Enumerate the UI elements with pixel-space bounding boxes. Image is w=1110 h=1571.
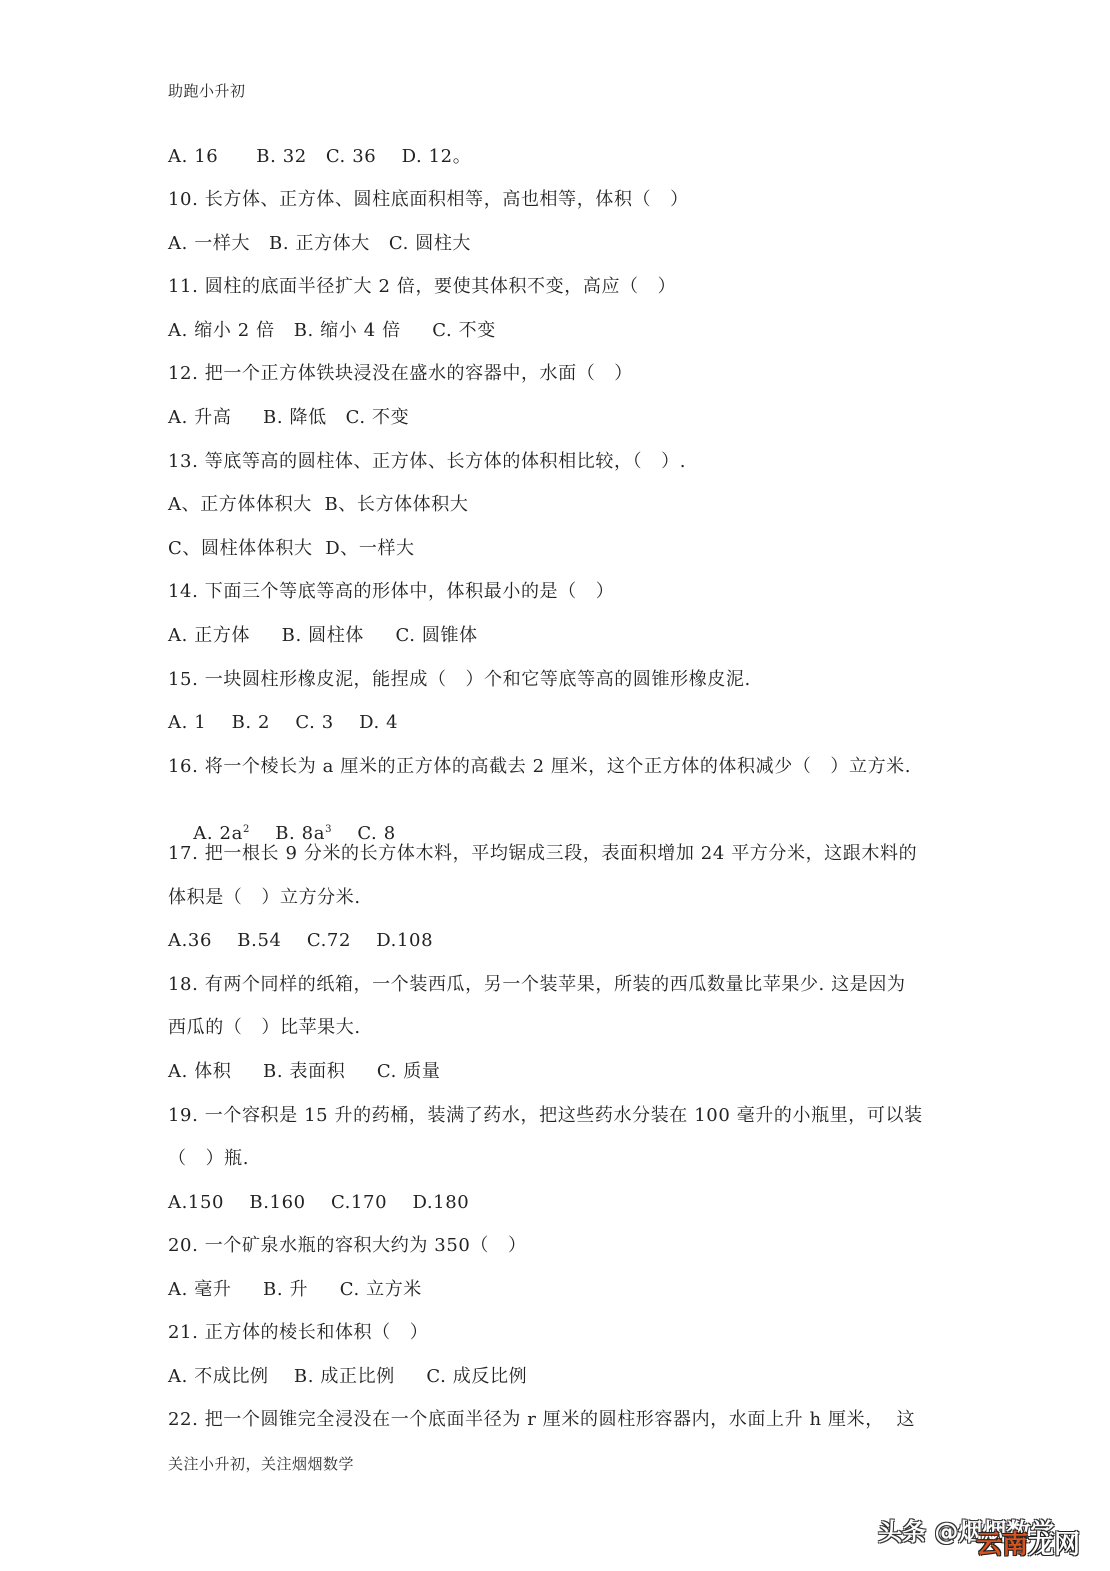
document-line: 20. 一个矿泉水瓶的容积大约为 350（ ） xyxy=(168,1234,527,1258)
document-page: 助跑小升初 A. 16 B. 32 C. 36 D. 12。10. 长方体、正方… xyxy=(0,0,1110,1571)
document-line: 体积是（ ）立方分米. xyxy=(168,886,361,910)
document-line: A. 体积 B. 表面积 C. 质量 xyxy=(168,1060,441,1084)
document-line: 12. 把一个正方体铁块浸没在盛水的容器中，水面（ ） xyxy=(168,362,633,386)
site-watermark: 云南龙网 xyxy=(976,1524,1080,1561)
document-line: A.36 B.54 C.72 D.108 xyxy=(168,929,433,953)
document-line: 西瓜的（ ）比苹果大. xyxy=(168,1016,361,1040)
document-line: （ ）瓶. xyxy=(168,1147,249,1171)
document-line: 18. 有两个同样的纸箱，一个装西瓜，另一个装苹果，所装的西瓜数量比苹果少. 这… xyxy=(168,973,906,997)
document-line: 21. 正方体的棱长和体积（ ） xyxy=(168,1321,428,1345)
document-line: 10. 长方体、正方体、圆柱底面积相等，高也相等，体积（ ） xyxy=(168,188,689,212)
document-line: 15. 一块圆柱形橡皮泥，能捏成（ ）个和它等底等高的圆锥形橡皮泥. xyxy=(168,668,751,692)
site-watermark-white: 龙网 xyxy=(1028,1530,1080,1560)
page-footer: 关注小升初，关注烟烟数学 xyxy=(168,1453,354,1474)
document-line: A. 一样大 B. 正方体大 C. 圆柱大 xyxy=(168,232,471,256)
page-header: 助跑小升初 xyxy=(168,80,246,101)
document-line: A、正方体体积大 B、长方体体积大 xyxy=(168,493,468,517)
document-line: 19. 一个容积是 15 升的药桶，装满了药水，把这些药水分装在 100 毫升的… xyxy=(168,1104,923,1128)
document-line: 11. 圆柱的底面半径扩大 2 倍，要使其体积不变，高应（ ） xyxy=(168,275,676,299)
document-line: A.150 B.160 C.170 D.180 xyxy=(168,1191,469,1215)
document-line: 22. 把一个圆锥完全浸没在一个底面半径为 r 厘米的圆柱形容器内，水面上升 h… xyxy=(168,1408,915,1432)
document-line: A. 1 B. 2 C. 3 D. 4 xyxy=(168,711,398,735)
document-line: 16. 将一个棱长为 a 厘米的正方体的高截去 2 厘米，这个正方体的体积减少（… xyxy=(168,755,911,779)
document-line: 13. 等底等高的圆柱体、正方体、长方体的体积相比较，（ ）. xyxy=(168,450,686,474)
option-c-text: C. 8 xyxy=(332,823,396,844)
option-b-exponent: 3 xyxy=(325,824,332,835)
site-watermark-orange: 云南 xyxy=(976,1530,1028,1560)
option-a-text: A. 2a xyxy=(193,823,243,844)
document-line: A. 毫升 B. 升 C. 立方米 xyxy=(168,1278,422,1302)
document-line: A. 不成比例 B. 成正比例 C. 成反比例 xyxy=(168,1365,527,1389)
document-line: A. 16 B. 32 C. 36 D. 12。 xyxy=(168,145,471,169)
option-a-exponent: 2 xyxy=(243,824,250,835)
document-line: C、圆柱体体积大 D、一样大 xyxy=(168,537,415,561)
document-line: A. 升高 B. 降低 C. 不变 xyxy=(168,406,409,430)
document-line: A. 正方体 B. 圆柱体 C. 圆锥体 xyxy=(168,624,478,648)
option-b-text: B. 8a xyxy=(250,823,325,844)
question-16-options: A. 2a2 B. 8a3 C. 8 xyxy=(168,798,396,870)
document-line: 14. 下面三个等底等高的形体中，体积最小的是（ ） xyxy=(168,580,614,604)
document-line: A. 缩小 2 倍 B. 缩小 4 倍 C. 不变 xyxy=(168,319,496,343)
